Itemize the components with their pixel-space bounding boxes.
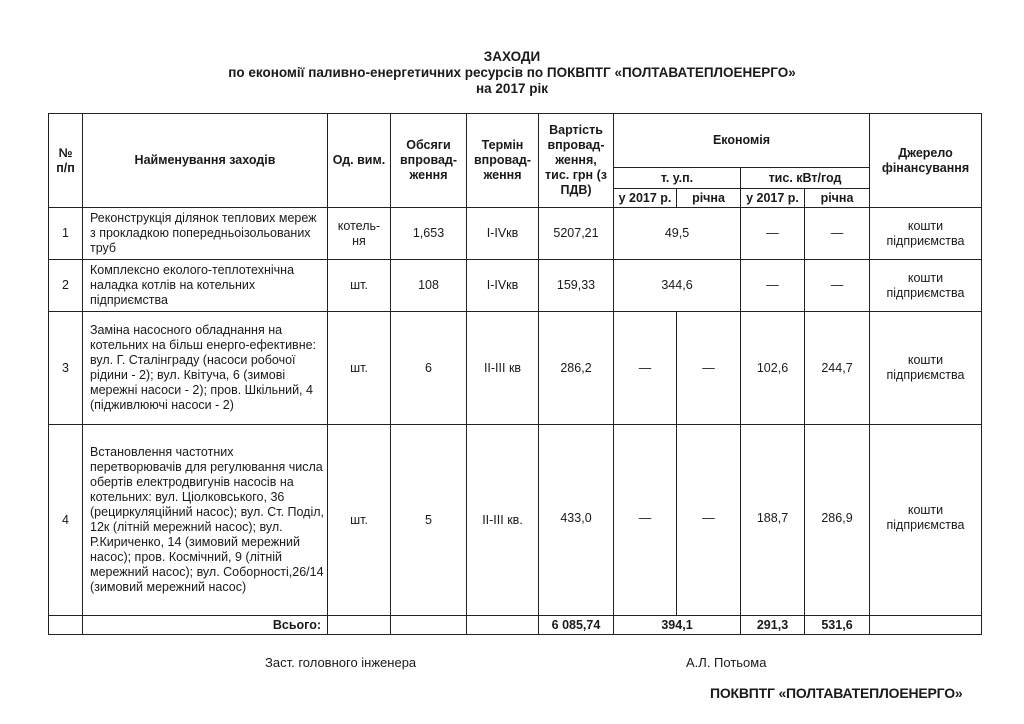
row-source: кошти підприємства (870, 425, 982, 616)
total-kwh-annual: 531,6 (805, 616, 870, 635)
total-unit-empty (328, 616, 391, 635)
row-kwh-2017: — (741, 260, 805, 312)
row-term: I-IVкв (467, 260, 539, 312)
total-tup: 394,1 (614, 616, 741, 635)
row-name: Комплексно еколого-теплотехнічна наладка… (83, 260, 328, 312)
row-cost: 433,0 (539, 425, 614, 616)
total-kwh-2017: 291,3 (741, 616, 805, 635)
row-cost: 5207,21 (539, 208, 614, 260)
row-kwh-annual: 286,9 (805, 425, 870, 616)
row-tup-2017: — (614, 312, 677, 425)
row-kwh-annual: — (805, 260, 870, 312)
header-cost: Вартість впровад-ження, тис. грн (з ПДВ) (539, 114, 614, 208)
measures-table: № п/п Найменування заходів Од. вим. Обся… (48, 113, 982, 635)
signatory-name: А.Л. Потьома (686, 655, 766, 670)
row-tup: 344,6 (614, 260, 741, 312)
row-num: 3 (49, 312, 83, 425)
row-kwh-annual: 244,7 (805, 312, 870, 425)
header-kwh-annual: річна (805, 189, 870, 208)
row-source: кошти підприємства (870, 260, 982, 312)
row-unit: котель-ня (328, 208, 391, 260)
row-tup: 49,5 (614, 208, 741, 260)
header-name: Найменування заходів (83, 114, 328, 208)
row-volume: 6 (391, 312, 467, 425)
row-volume: 5 (391, 425, 467, 616)
row-cost: 159,33 (539, 260, 614, 312)
row-unit: шт. (328, 260, 391, 312)
row-unit: шт. (328, 425, 391, 616)
table-row: 3 Заміна насосного обладнання на котельн… (49, 312, 982, 425)
header-kwh: тис. кВт/год (741, 168, 870, 189)
document-subtitle: по економії паливно-енергетичних ресурсі… (0, 65, 1024, 81)
total-num-empty (49, 616, 83, 635)
total-volume-empty (391, 616, 467, 635)
total-term-empty (467, 616, 539, 635)
total-source-empty (870, 616, 982, 635)
row-num: 4 (49, 425, 83, 616)
row-volume: 108 (391, 260, 467, 312)
row-num: 2 (49, 260, 83, 312)
header-volume: Обсяги впровад-ження (391, 114, 467, 208)
row-tup-2017: — (614, 425, 677, 616)
table-row: 2 Комплексно еколого-теплотехнічна налад… (49, 260, 982, 312)
header-kwh-2017: у 2017 р. (741, 189, 805, 208)
document-year: на 2017 рік (0, 81, 1024, 97)
row-term: I-IVкв (467, 208, 539, 260)
row-name: Заміна насосного обладнання на котельних… (83, 312, 328, 425)
row-term: II-III кв (467, 312, 539, 425)
header-unit: Од. вим. (328, 114, 391, 208)
header-term: Термін впровад-ження (467, 114, 539, 208)
header-tup-2017: у 2017 р. (614, 189, 677, 208)
row-kwh-2017: 188,7 (741, 425, 805, 616)
header-economy: Економія (614, 114, 870, 168)
header-num: № п/п (49, 114, 83, 208)
row-tup-annual: — (677, 312, 741, 425)
total-row: Всього: 6 085,74 394,1 291,3 531,6 (49, 616, 982, 635)
row-cost: 286,2 (539, 312, 614, 425)
row-source: кошти підприємства (870, 208, 982, 260)
row-kwh-2017: 102,6 (741, 312, 805, 425)
header-tup-annual: річна (677, 189, 741, 208)
row-tup-annual: — (677, 425, 741, 616)
header-source: Джерело фінансування (870, 114, 982, 208)
organization-name: ПОКВПТГ «ПОЛТАВАТЕПЛОЕНЕРГО» (710, 685, 962, 701)
row-num: 1 (49, 208, 83, 260)
row-kwh-annual: — (805, 208, 870, 260)
row-name: Реконструкція ділянок теплових мереж з п… (83, 208, 328, 260)
total-cost: 6 085,74 (539, 616, 614, 635)
row-name: Встановлення частотних перетворювачів дл… (83, 425, 328, 616)
row-kwh-2017: — (741, 208, 805, 260)
signatory-position: Заст. головного інженера (265, 655, 416, 670)
row-term: II-III кв. (467, 425, 539, 616)
total-label: Всього: (83, 616, 328, 635)
table-row: 4 Встановлення частотних перетворювачів … (49, 425, 982, 616)
row-unit: шт. (328, 312, 391, 425)
row-source: кошти підприємства (870, 312, 982, 425)
header-tup: т. у.п. (614, 168, 741, 189)
row-volume: 1,653 (391, 208, 467, 260)
table-row: 1 Реконструкція ділянок теплових мереж з… (49, 208, 982, 260)
document-title: ЗАХОДИ (0, 49, 1024, 65)
